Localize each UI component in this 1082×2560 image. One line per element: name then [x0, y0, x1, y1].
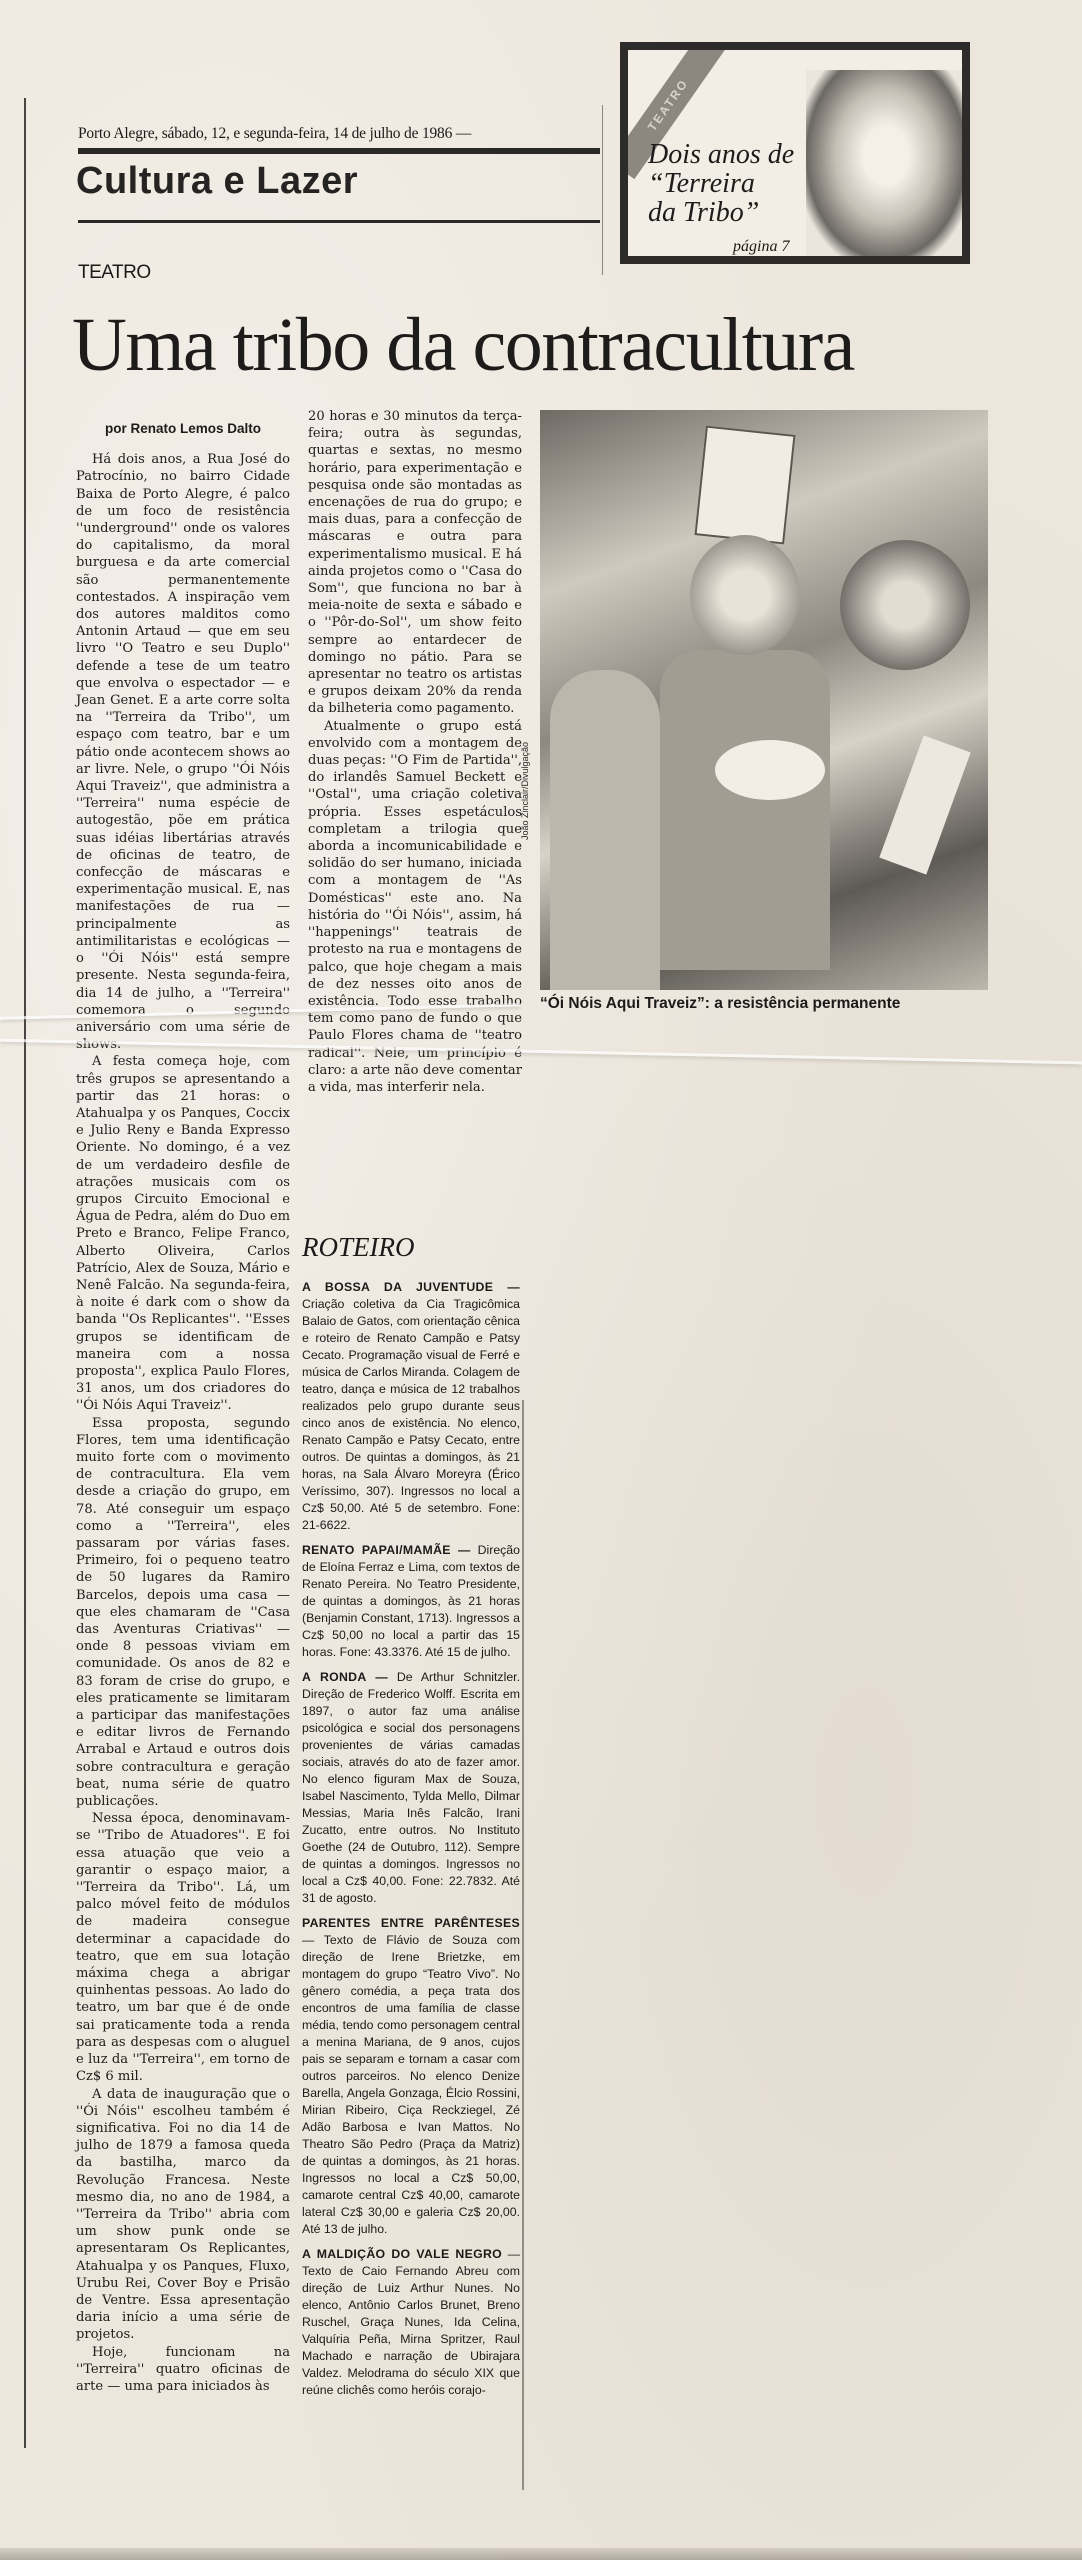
photo-credit: João Zinclair/Divulgação — [520, 742, 530, 840]
dateline: Porto Alegre, sábado, 12, e segunda-feir… — [78, 125, 598, 143]
header-rule-thick — [78, 148, 600, 154]
photo-hat — [694, 426, 795, 545]
listing-text: De Arthur Schnitzler. Direção de Frederi… — [302, 1670, 520, 1905]
article-photo — [540, 410, 988, 990]
paragraph: A festa começa hoje, com três grupos se … — [76, 1053, 290, 1414]
listing-title: A RONDA — — [302, 1670, 388, 1684]
page-margin-rule — [24, 98, 26, 2448]
newspaper-page: Porto Alegre, sábado, 12, e segunda-feir… — [0, 0, 1082, 2560]
photo-face — [840, 540, 970, 670]
listing-text: Direção de Eloína Ferraz e Lima, com tex… — [302, 1543, 520, 1659]
listing-title: PARENTES ENTRE PARÊNTESES — [302, 1916, 520, 1930]
article-column-1: por Renato Lemos Dalto Há dois anos, a R… — [76, 420, 290, 2395]
teaser-line: da Tribo” — [648, 198, 794, 227]
listing-item: RENATO PAPAI/MAMÃE — Direção de Eloína F… — [302, 1542, 520, 1661]
roteiro-title: ROTEIRO — [302, 1232, 520, 1263]
teaser-portrait-image — [806, 70, 966, 260]
photo-figure — [550, 670, 660, 990]
roteiro-listings: ROTEIRO A BOSSA DA JUVENTUDE — Criação c… — [302, 1232, 520, 2407]
article-column-2: 20 horas e 30 minutos da terça-feira; ou… — [308, 408, 522, 1096]
listing-text: — Texto de Caio Fernando Abreu com direç… — [302, 2247, 520, 2397]
section-title: Cultura e Lazer — [76, 160, 358, 203]
listing-item: PARENTES ENTRE PARÊNTESES — Texto de Flá… — [302, 1915, 520, 2238]
listing-item: A MALDIÇÃO DO VALE NEGRO — Texto de Caio… — [302, 2246, 520, 2399]
paragraph: A data de inauguração que o ''Ói Nóis'' … — [76, 2086, 290, 2344]
teaser-line: Dois anos de — [648, 140, 794, 169]
listing-title: A MALDIÇÃO DO VALE NEGRO — [302, 2247, 502, 2261]
paragraph: Atualmente o grupo está envolvido com a … — [308, 718, 522, 1096]
paragraph: Hoje, funcionam na ''Terreira'' quatro o… — [76, 2344, 290, 2396]
teaser-page-ref: página 7 — [733, 238, 789, 256]
paragraph: 20 horas e 30 minutos da terça-feira; ou… — [308, 408, 522, 718]
listing-text: Criação coletiva da Cia Tragicômica Bala… — [302, 1297, 520, 1532]
photo-prop — [879, 735, 970, 874]
article-kicker: TEATRO — [78, 262, 151, 284]
paragraph: Nessa época, denominavam-se ''Tribo de A… — [76, 1810, 290, 2085]
listing-text: — Texto de Flávio de Souza com direção d… — [302, 1933, 520, 2236]
photo-caption: “Ói Nóis Aqui Traveiz”: a resistência pe… — [540, 995, 900, 1013]
column-divider — [522, 1400, 524, 2490]
paragraph: Essa proposta, segundo Flores, tem uma i… — [76, 1415, 290, 1811]
listing-title: A BOSSA DA JUVENTUDE — — [302, 1280, 520, 1294]
photo-face — [690, 535, 800, 655]
header-rule-thin — [78, 220, 600, 223]
header-divider — [602, 105, 603, 275]
page-bottom-edge — [0, 2548, 1082, 2560]
teaser-headline: Dois anos de “Terreira da Tribo” — [648, 140, 794, 227]
teaser-box: TEATRO Dois anos de “Terreira da Tribo” … — [620, 42, 970, 264]
teaser-line: “Terreira — [648, 169, 794, 198]
listing-item: A BOSSA DA JUVENTUDE — Criação coletiva … — [302, 1279, 520, 1534]
listing-item: A RONDA — De Arthur Schnitzler. Direção … — [302, 1669, 520, 1907]
article-headline: Uma tribo da contracultura — [72, 300, 854, 390]
paragraph: Há dois anos, a Rua José do Patrocínio, … — [76, 451, 290, 1053]
byline: por Renato Lemos Dalto — [76, 420, 290, 437]
photo-figure — [660, 650, 830, 970]
photo-prop — [715, 740, 825, 800]
listing-title: RENATO PAPAI/MAMÃE — — [302, 1543, 471, 1557]
